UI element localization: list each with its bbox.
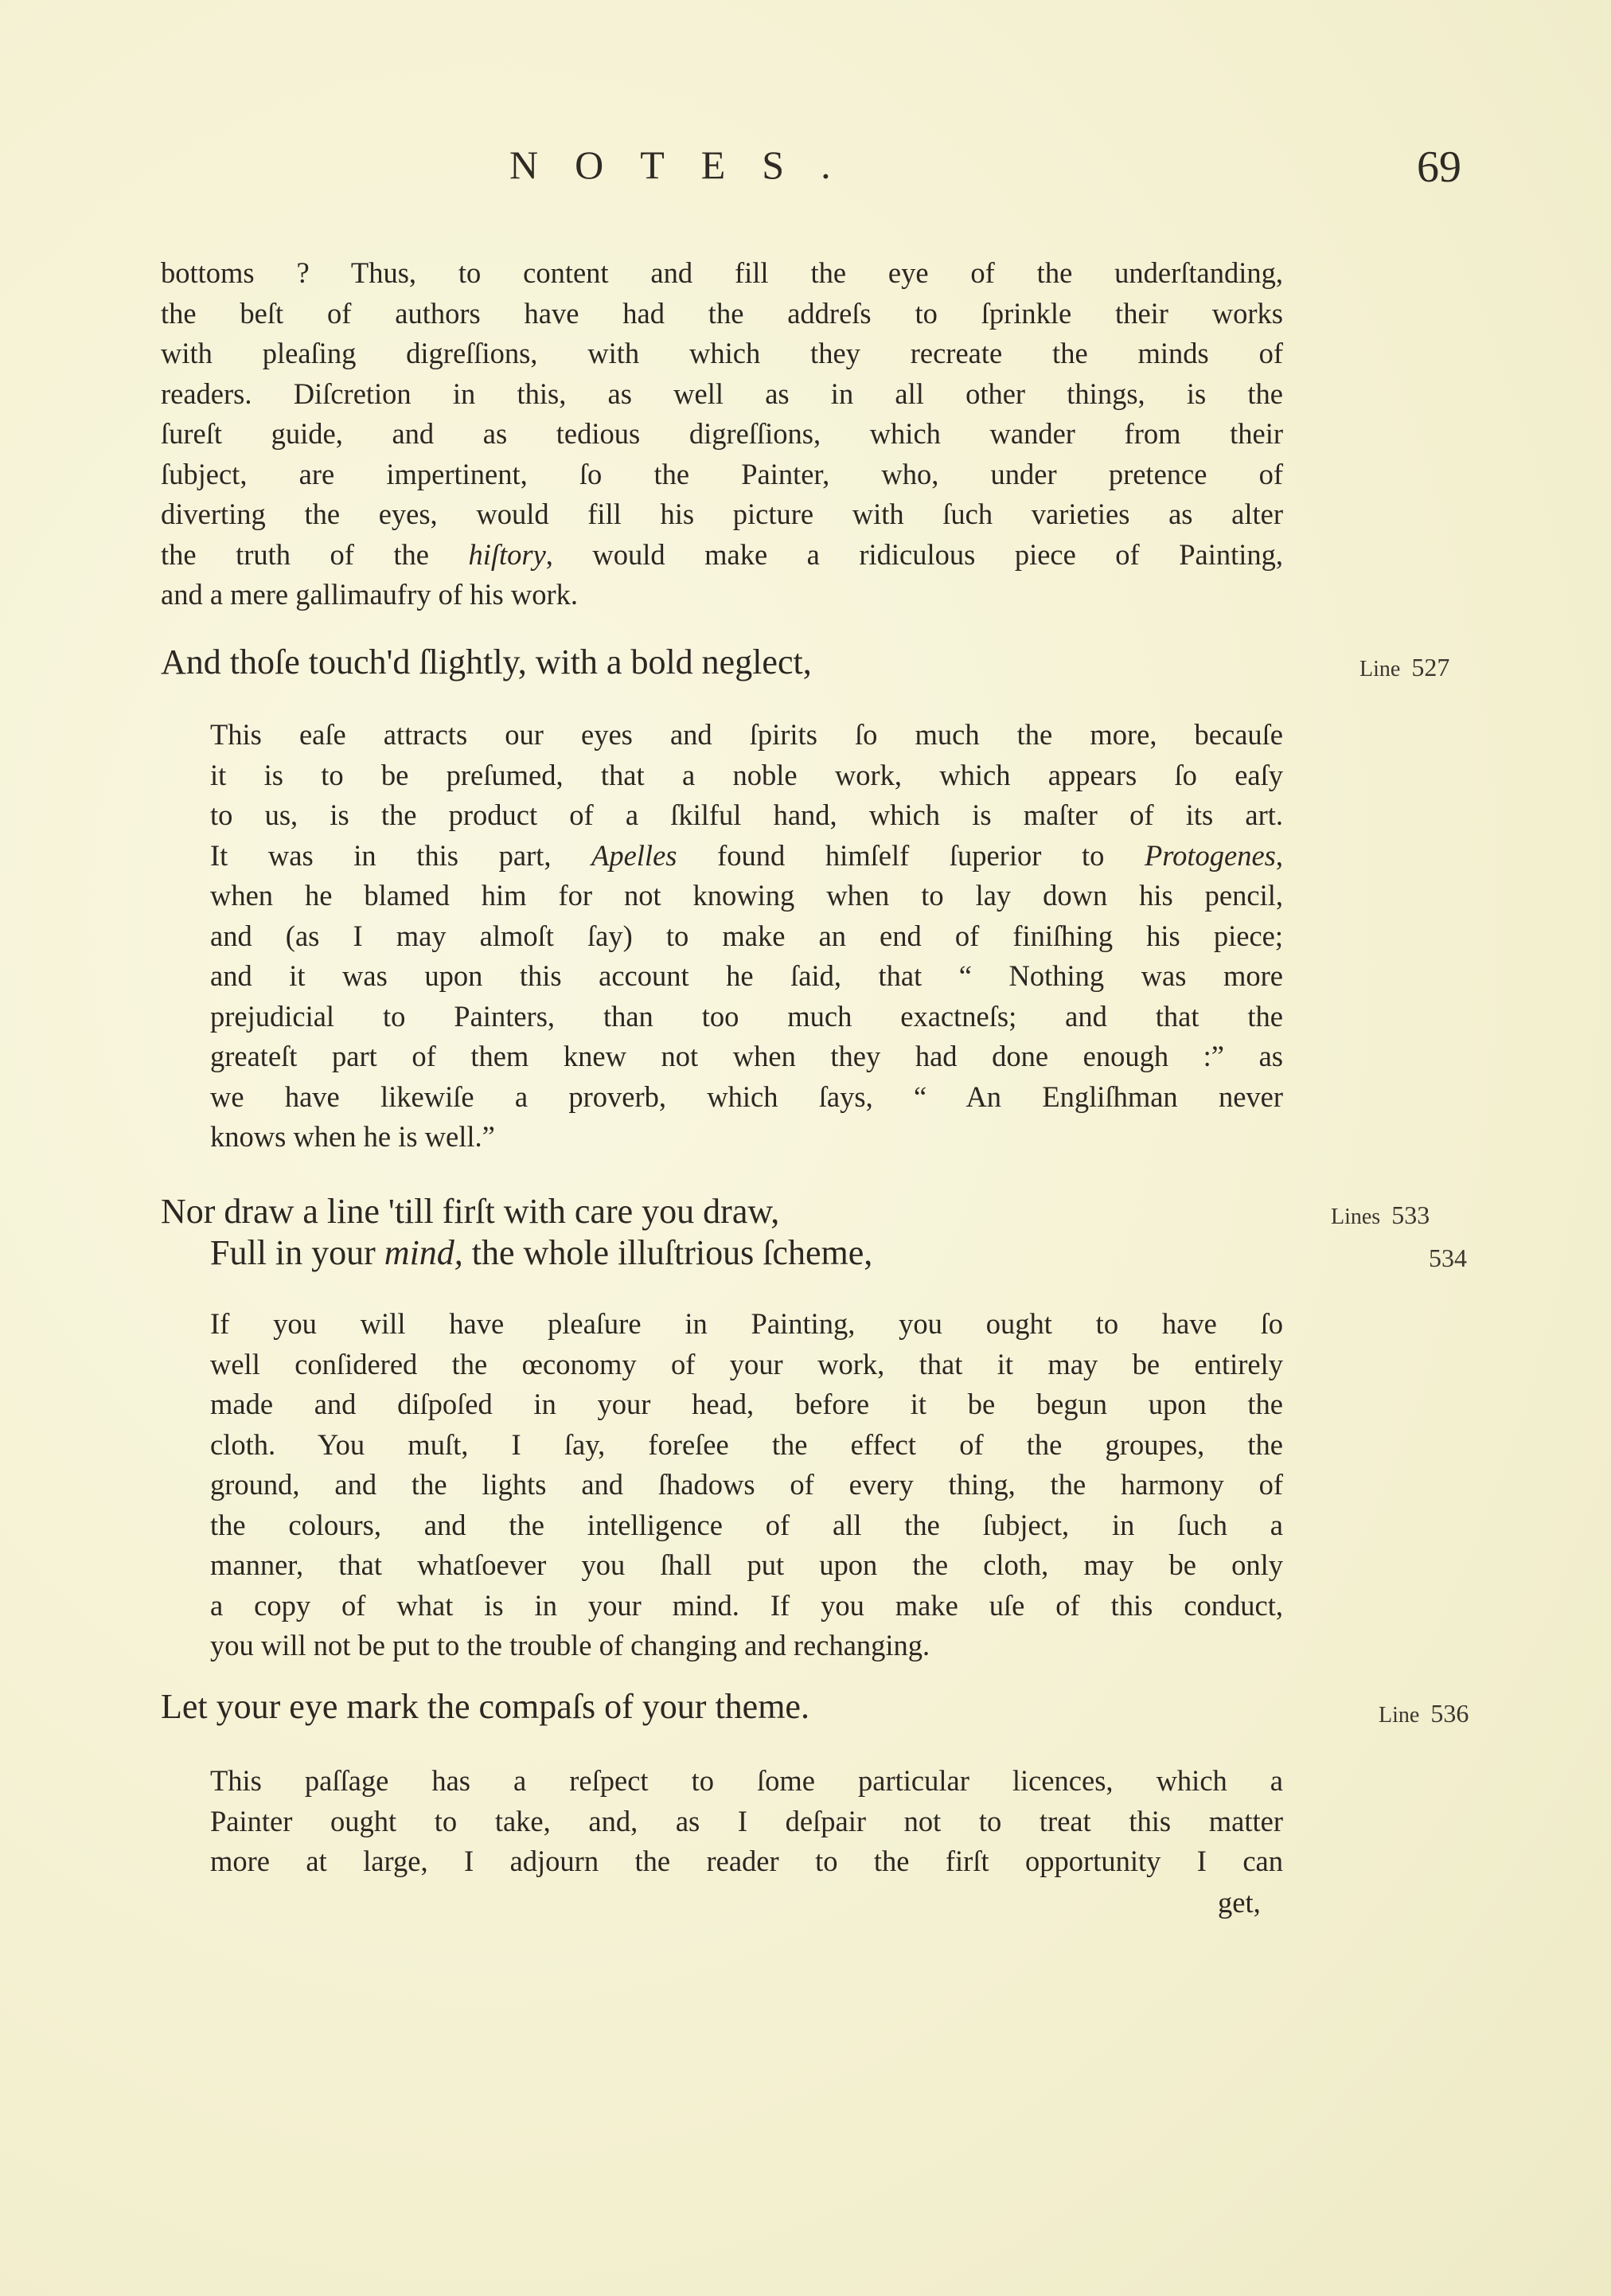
line-ref-number: 536 — [1430, 1699, 1469, 1728]
text-line: ſureſt guide, and as tedious digreſſions… — [161, 414, 1283, 455]
note-paragraph: This paſſage has a reſpect to ſome parti… — [161, 1761, 1283, 1882]
text-line: well conſidered the œconomy of your work… — [161, 1345, 1283, 1385]
line-ref-number: 534 — [1429, 1244, 1467, 1272]
line-reference-second: 534 — [1429, 1244, 1467, 1273]
line-reference: Lines533 — [1331, 1201, 1430, 1230]
text-line: Painter ought to take, and, as I deſpair… — [161, 1802, 1283, 1842]
line-reference: Line536 — [1379, 1699, 1469, 1728]
text-line: If you will have pleaſure in Painting, y… — [161, 1304, 1283, 1345]
verse-line: And thoſe touch'd ſlightly, with a bold … — [161, 642, 1283, 683]
text-line: made and diſpoſed in your head, before i… — [161, 1384, 1283, 1425]
text-line: cloth. You muſt, I ſay, foreſee the effe… — [161, 1425, 1283, 1466]
verse-line: Full in your mind, the whole illuſtrious… — [161, 1232, 1283, 1274]
line-ref-number: 527 — [1411, 653, 1449, 681]
paragraph-text: This eaſe attracts our eyes and ſpirits … — [161, 715, 1283, 1158]
verse-quote: Nor draw a line 'till firſt with care yo… — [161, 1191, 1283, 1274]
verse-line: Nor draw a line 'till firſt with care yo… — [161, 1191, 1283, 1232]
text-line: the truth of the hiſtory, would make a r… — [161, 535, 1283, 576]
running-head: NOTES. — [509, 142, 868, 188]
text-line: a copy of what is in your mind. If you m… — [161, 1586, 1283, 1626]
paragraph-text: bottoms ? Thus, to content and fill the … — [161, 253, 1283, 615]
line-ref-label: Lines — [1331, 1205, 1380, 1229]
text-line: bottoms ? Thus, to content and fill the … — [161, 253, 1283, 294]
text-line: to us, is the product of a ſkilful hand,… — [161, 795, 1283, 836]
text-line: diverting the eyes, would fill his pictu… — [161, 494, 1283, 535]
line-ref-label: Line — [1379, 1703, 1419, 1728]
verse-quote: And thoſe touch'd ſlightly, with a bold … — [161, 642, 1283, 683]
text-line: you will not be put to the trouble of ch… — [161, 1626, 1283, 1666]
paragraph-text: If you will have pleaſure in Painting, y… — [161, 1304, 1283, 1666]
text-line: It was in this part, Apelles found himſe… — [161, 836, 1283, 877]
text-line: it is to be preſumed, that a noble work,… — [161, 756, 1283, 796]
note-paragraph: This eaſe attracts our eyes and ſpirits … — [161, 715, 1283, 1158]
verse-quote: Let your eye mark the compaſs of your th… — [161, 1686, 1283, 1728]
text-line: when he blamed him for not knowing when … — [161, 876, 1283, 916]
text-line: ground, and the lights and ſhadows of ev… — [161, 1465, 1283, 1505]
text-line: greateſt part of them knew not when they… — [161, 1037, 1283, 1077]
text-line: the colours, and the intelligence of all… — [161, 1505, 1283, 1546]
verse-line: Let your eye mark the compaſs of your th… — [161, 1686, 1283, 1728]
page-number: 69 — [1417, 142, 1461, 193]
text-line: manner, that whatſoever you ſhall put up… — [161, 1545, 1283, 1586]
note-paragraph: bottoms ? Thus, to content and fill the … — [161, 253, 1283, 615]
text-line: prejudicial to Painters, than too much e… — [161, 997, 1283, 1037]
note-paragraph: If you will have pleaſure in Painting, y… — [161, 1304, 1283, 1666]
line-reference: Line527 — [1359, 653, 1449, 682]
text-line: the beſt of authors have had the addreſs… — [161, 294, 1283, 334]
text-line: This eaſe attracts our eyes and ſpirits … — [161, 715, 1283, 756]
text-line: This paſſage has a reſpect to ſome parti… — [161, 1761, 1283, 1802]
text-line: and it was upon this account he ſaid, th… — [161, 956, 1283, 997]
text-line: with pleaſing digreſſions, with which th… — [161, 334, 1283, 374]
text-line: more at large, I adjourn the reader to t… — [161, 1841, 1283, 1882]
catchword: get, — [1218, 1885, 1261, 1919]
line-ref-label: Line — [1359, 657, 1400, 681]
text-line: knows when he is well.” — [161, 1117, 1283, 1158]
text-line: and (as I may almoſt ſay) to make an end… — [161, 916, 1283, 957]
text-line: readers. Diſcretion in this, as well as … — [161, 374, 1283, 415]
text-line: and a mere gallimaufry of his work. — [161, 575, 1283, 615]
paragraph-text: This paſſage has a reſpect to ſome parti… — [161, 1761, 1283, 1882]
text-line: we have likewiſe a proverb, which ſays, … — [161, 1077, 1283, 1118]
text-line: ſubject, are impertinent, ſo the Painter… — [161, 455, 1283, 495]
book-page: NOTES. 69 bottoms ? Thus, to content and… — [0, 0, 1611, 2296]
line-ref-number: 533 — [1391, 1201, 1430, 1229]
